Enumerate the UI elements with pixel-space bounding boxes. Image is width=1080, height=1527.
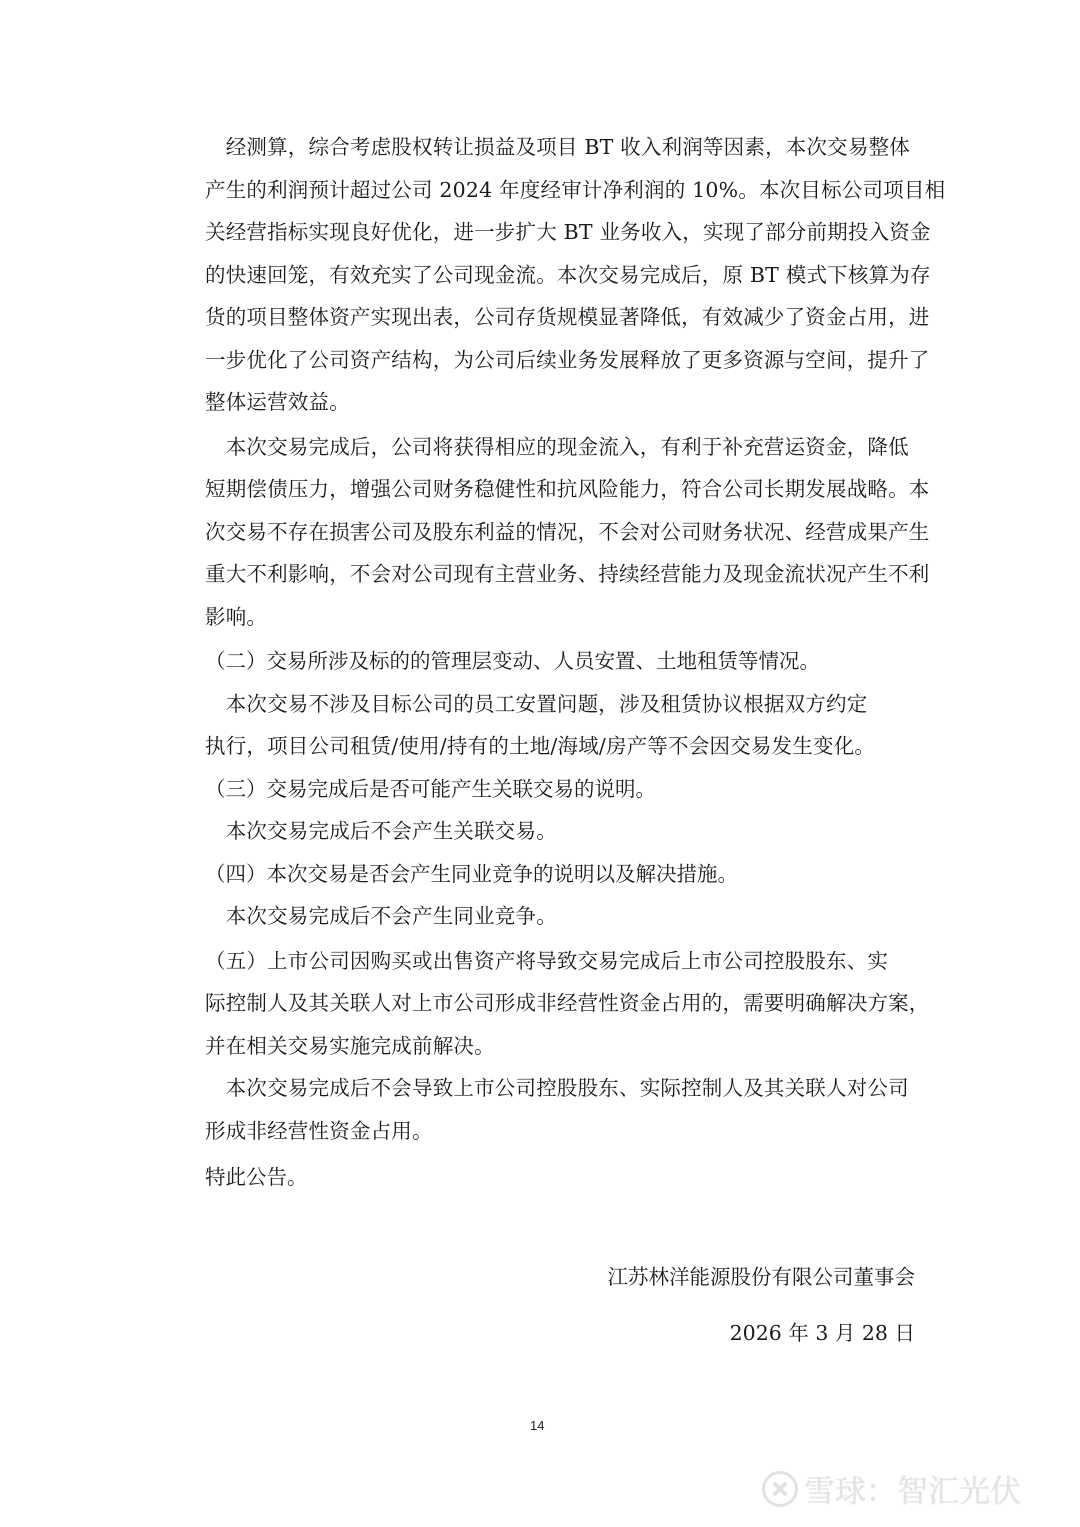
text-line: 货的项目整体资产实现出表，公司存货规模显著降低，有效减少了资金占用，进 [205,296,917,339]
text-line: 本次交易完成后，公司将获得相应的现金流入，有利于补充营运资金，降低 [205,426,917,469]
text-line: 执行，项目公司租赁/使用/持有的土地/海域/房产等不会因交易发生变化。 [205,725,917,768]
text-line: 次交易不存在损害公司及股东利益的情况，不会对公司财务状况、经营成果产生 [205,511,917,554]
text-line: 影响。 [205,596,917,639]
snowball-logo-icon [762,1471,798,1507]
paragraph-cash-flow-impact: 本次交易完成后，公司将获得相应的现金流入，有利于补充营运资金，降低 短期偿债压力… [205,426,917,639]
text-line: 重大不利影响，不会对公司现有主营业务、持续经营能力及现金流状况产生不利 [205,553,917,596]
text-line: 并在相关交易实施完成前解决。 [205,1025,917,1068]
heading-text: （二）交易所涉及标的的管理层变动、人员安置、土地租赁等情况。 [205,640,917,683]
text-line: 形成非经营性资金占用。 [205,1110,917,1153]
signature-company: 江苏林洋能源股份有限公司董事会 [608,1262,916,1292]
paragraph-competition: 本次交易完成后不会产生同业竞争。 [205,895,917,938]
closing-statement: 特此公告。 [205,1162,308,1192]
document-body: 经测算，综合考虑股权转让损益及项目 BT 收入利润等因素，本次交易整体 产生的利… [205,126,917,1152]
text-line: 关经营指标实现良好优化，进一步扩大 BT 业务收入，实现了部分前期投入资金 [205,211,917,254]
text-line: 短期偿债压力，增强公司财务稳健性和抗风险能力，符合公司长期发展战略。本 [205,468,917,511]
watermark: 雪球：智汇光伏 [762,1466,1021,1511]
section-heading-5: （五）上市公司因购买或出售资产将导致交易完成后上市公司控股股东、实 际控制人及其… [205,940,917,1068]
text-line: 的快速回笼，有效充实了公司现金流。本次交易完成后，原 BT 模式下核算为存 [205,254,917,297]
heading-text: （三）交易完成后是否可能产生关联交易的说明。 [205,768,917,811]
paragraph-related-transactions: 本次交易完成后不会产生关联交易。 [205,810,917,853]
text-line: 际控制人及其关联人对上市公司形成非经营性资金占用的，需要明确解决方案， [205,982,917,1025]
section-heading-2: （二）交易所涉及标的的管理层变动、人员安置、土地租赁等情况。 [205,640,917,683]
text-line: 一步优化了公司资产结构，为公司后续业务发展释放了更多资源与空间，提升了 [205,339,917,382]
text-line: 经测算，综合考虑股权转让损益及项目 BT 收入利润等因素，本次交易整体 [205,126,917,169]
text-line: 本次交易完成后不会产生关联交易。 [205,810,917,853]
page-number: 14 [530,1418,544,1433]
paragraph-fund-occupation: 本次交易完成后不会导致上市公司控股股东、实际控制人及其关联人对公司 形成非经营性… [205,1067,917,1152]
text-line: 本次交易完成后不会导致上市公司控股股东、实际控制人及其关联人对公司 [205,1067,917,1110]
section-heading-3: （三）交易完成后是否可能产生关联交易的说明。 [205,768,917,811]
watermark-text: 雪球：智汇光伏 [804,1466,1021,1511]
text-line: 本次交易完成后不会产生同业竞争。 [205,895,917,938]
text-line: 整体运营效益。 [205,381,917,424]
paragraph-staff-land: 本次交易不涉及目标公司的员工安置问题，涉及租赁协议根据双方约定 执行，项目公司租… [205,683,917,768]
text-line: 本次交易不涉及目标公司的员工安置问题，涉及租赁协议根据双方约定 [205,683,917,726]
paragraph-profit-estimate: 经测算，综合考虑股权转让损益及项目 BT 收入利润等因素，本次交易整体 产生的利… [205,126,917,424]
signature-date: 2026 年 3 月 28 日 [730,1318,915,1348]
section-heading-4: （四）本次交易是否会产生同业竞争的说明以及解决措施。 [205,853,917,896]
heading-text: （四）本次交易是否会产生同业竞争的说明以及解决措施。 [205,853,917,896]
text-line: （五）上市公司因购买或出售资产将导致交易完成后上市公司控股股东、实 [205,940,917,983]
text-line: 产生的利润预计超过公司 2024 年度经审计净利润的 10%。本次目标公司项目相 [205,169,917,212]
